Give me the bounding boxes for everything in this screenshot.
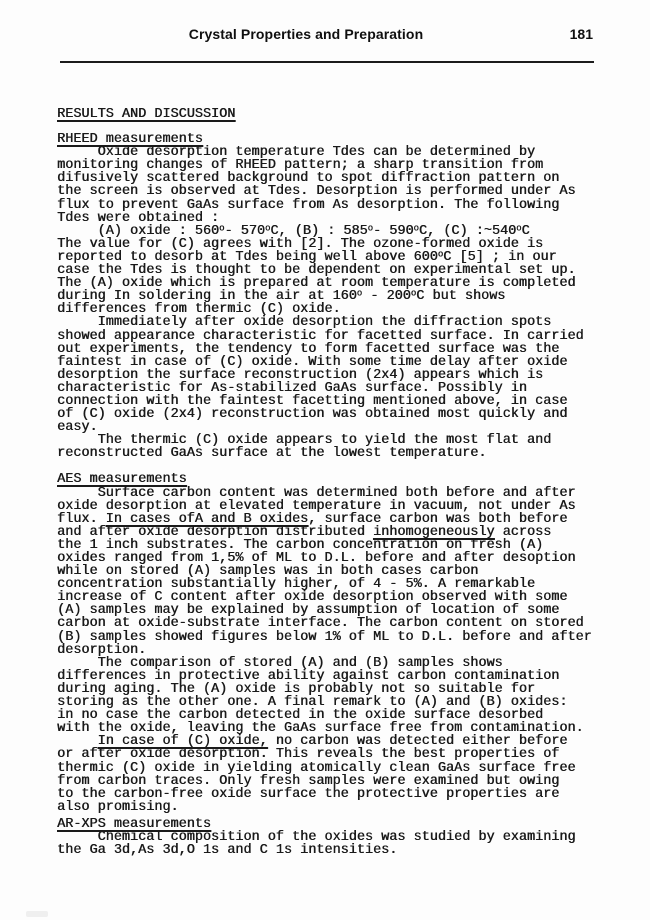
text-segment: of (C) oxide (2x4) reconstruction was ob… — [57, 407, 567, 422]
text-segment: also promising. — [57, 800, 179, 815]
text-line: the Ga 3d,As 3d,O 1s and C 1s intensitie… — [57, 844, 617, 857]
text-segment: RESULTS AND DISCUSSION — [57, 107, 235, 122]
text-line: also promising. — [57, 801, 617, 814]
page-title: Crystal Properties and Preparation — [0, 26, 612, 42]
text-line: RESULTS AND DISCUSSION — [57, 108, 617, 121]
text-segment: the Ga 3d,As 3d,O 1s and C 1s intensitie… — [57, 843, 397, 858]
running-header: Crystal Properties and Preparation 181 — [0, 26, 650, 46]
text-line: reconstructed GaAs surface at the lowest… — [57, 447, 617, 460]
text-segment: - 200 — [362, 289, 411, 304]
scanned-paper-page: Crystal Properties and Preparation 181 R… — [0, 0, 650, 920]
scan-artifact — [26, 911, 48, 917]
text-segment: reconstructed GaAs surface at the lowest… — [57, 446, 486, 461]
text-line: of (C) oxide (2x4) reconstruction was ob… — [57, 408, 617, 421]
document-body: RESULTS AND DISCUSSIONRHEED measurements… — [57, 108, 617, 857]
header-divider-rule — [60, 61, 594, 63]
text-segment: C but shows — [416, 289, 505, 304]
page-number: 181 — [570, 26, 593, 42]
